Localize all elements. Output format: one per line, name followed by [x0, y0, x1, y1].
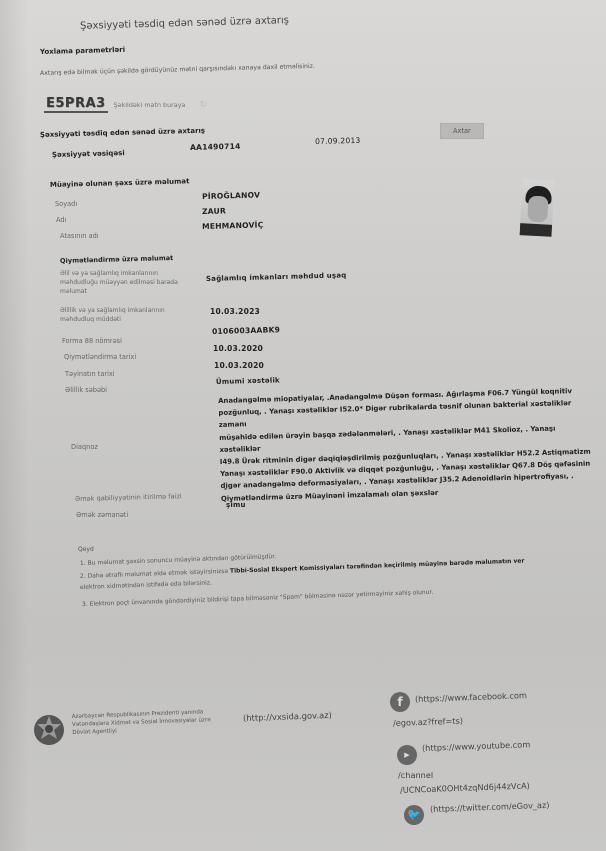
- document-page: Şəxsiyyəti təsdiq edən sənəd üzrə axtarı…: [0, 0, 606, 851]
- assignment-date-value: 10.03.2020: [214, 361, 264, 370]
- assignment-date-label: Təyinatın tarixi: [65, 370, 115, 378]
- assessment-date-value: 10.03.2020: [213, 344, 263, 353]
- disability-period-value: 10.03.2023: [210, 307, 260, 316]
- doc-number-field[interactable]: AA1490714: [190, 142, 241, 152]
- disability-reason-label: Əlillik səbəbi: [65, 386, 107, 394]
- facebook-link-cont[interactable]: /egov.az?fref=ts): [393, 716, 463, 728]
- captcha-row: E5PRA3 ↻: [44, 96, 207, 113]
- patronymic-value: MEHMANOVİÇ: [202, 220, 264, 231]
- disability-info-value: Sağlamlıq imkanları məhdud uşaq: [206, 271, 347, 283]
- twitter-icon[interactable]: 🐦: [404, 805, 424, 825]
- disability-reason-value: Ümumi xəstəlik: [216, 376, 280, 386]
- doc-date-field[interactable]: 07.09.2013: [315, 136, 361, 146]
- search-heading: Şəxsiyyəti təsdiq edən sənəd üzrə axtarı…: [40, 127, 205, 139]
- labor-guarantee-value: şimu: [226, 501, 246, 509]
- refresh-icon[interactable]: ↻: [200, 100, 208, 110]
- verification-heading: Yoxlama parametrləri: [40, 46, 125, 56]
- youtube-link[interactable]: (https://www.youtube.com: [422, 739, 531, 753]
- person-photo: [520, 179, 555, 237]
- captcha-image: E5PRA3: [44, 96, 108, 113]
- surname-value: PİROĞLANOV: [202, 190, 260, 201]
- labor-guarantee-label: Əmək zəmanəti: [76, 511, 128, 519]
- form88-value: 0106003AABK9: [212, 325, 280, 336]
- youtube-link-cont1[interactable]: /channel: [398, 770, 433, 780]
- search-button[interactable]: Axtar: [440, 123, 484, 139]
- diagnosis-text: Anadangəlmə miopatiyalar, .Anadangəlmə D…: [218, 385, 596, 505]
- name-label: Adı: [56, 216, 66, 224]
- facebook-icon[interactable]: f: [390, 692, 410, 712]
- note-item-1: 1. Bu məlumat şəxsin sonuncu müayinə akt…: [80, 553, 276, 567]
- doc-type-select[interactable]: Şəxsiyyət vəsiqəsi: [52, 149, 125, 159]
- page-shadow: [0, 0, 28, 851]
- assessment-heading: Qiymətləndirmə üzrə məlumat: [60, 254, 173, 265]
- notes-heading: Qeyd: [78, 546, 94, 553]
- form88-label: Forma 88 nömrəsi: [62, 337, 122, 345]
- disability-info-label: Əlil və ya sağlamlıq imkanlarının məhdud…: [60, 269, 185, 296]
- captcha-input[interactable]: [114, 101, 194, 109]
- note-item-3: 3. Elektron poçt ünvanında göndərdiyiniz…: [82, 589, 434, 608]
- agency-name: Azərbaycan Respublikasının Prezidenti ya…: [72, 708, 212, 737]
- page-title: Şəxsiyyəti təsdiq edən sənəd üzrə axtarı…: [80, 15, 289, 32]
- azerbaijan-emblem-icon: [32, 712, 66, 748]
- person-heading: Müayinə olunan şəxs üzrə məlumat: [50, 177, 190, 189]
- twitter-link[interactable]: (https://twitter.com/eGov_az): [430, 800, 550, 814]
- youtube-icon[interactable]: ▶: [397, 745, 417, 765]
- surname-label: Soyadı: [55, 200, 77, 208]
- name-value: ZAUR: [202, 206, 226, 216]
- disability-period-label: Əlillik və ya sağlamlıq imkanlarının məh…: [60, 306, 190, 324]
- youtube-link-cont2[interactable]: /UCNCoaK0OHt4zqNd6j44zVcA): [400, 780, 530, 795]
- verification-instruction: Axtarış edə bilmək üçün şəkildə gördüyün…: [40, 63, 315, 77]
- agency-link[interactable]: (http://vxsida.gov.az): [243, 710, 332, 723]
- note-item-2-cont: elektron xidmətindən istifadə edə bilərs…: [80, 579, 212, 591]
- facebook-link[interactable]: (https://www.facebook.com: [415, 690, 527, 704]
- diagnosis-label: Diaqnoz: [71, 443, 98, 451]
- assessment-date-label: Qiymətləndirmə tarixi: [64, 353, 136, 361]
- work-capacity-value: -: [224, 484, 227, 493]
- work-capacity-label: Əmək qabiliyyətinin itirilmə faizi: [75, 492, 182, 503]
- patronymic-label: Atasının adı: [60, 232, 99, 240]
